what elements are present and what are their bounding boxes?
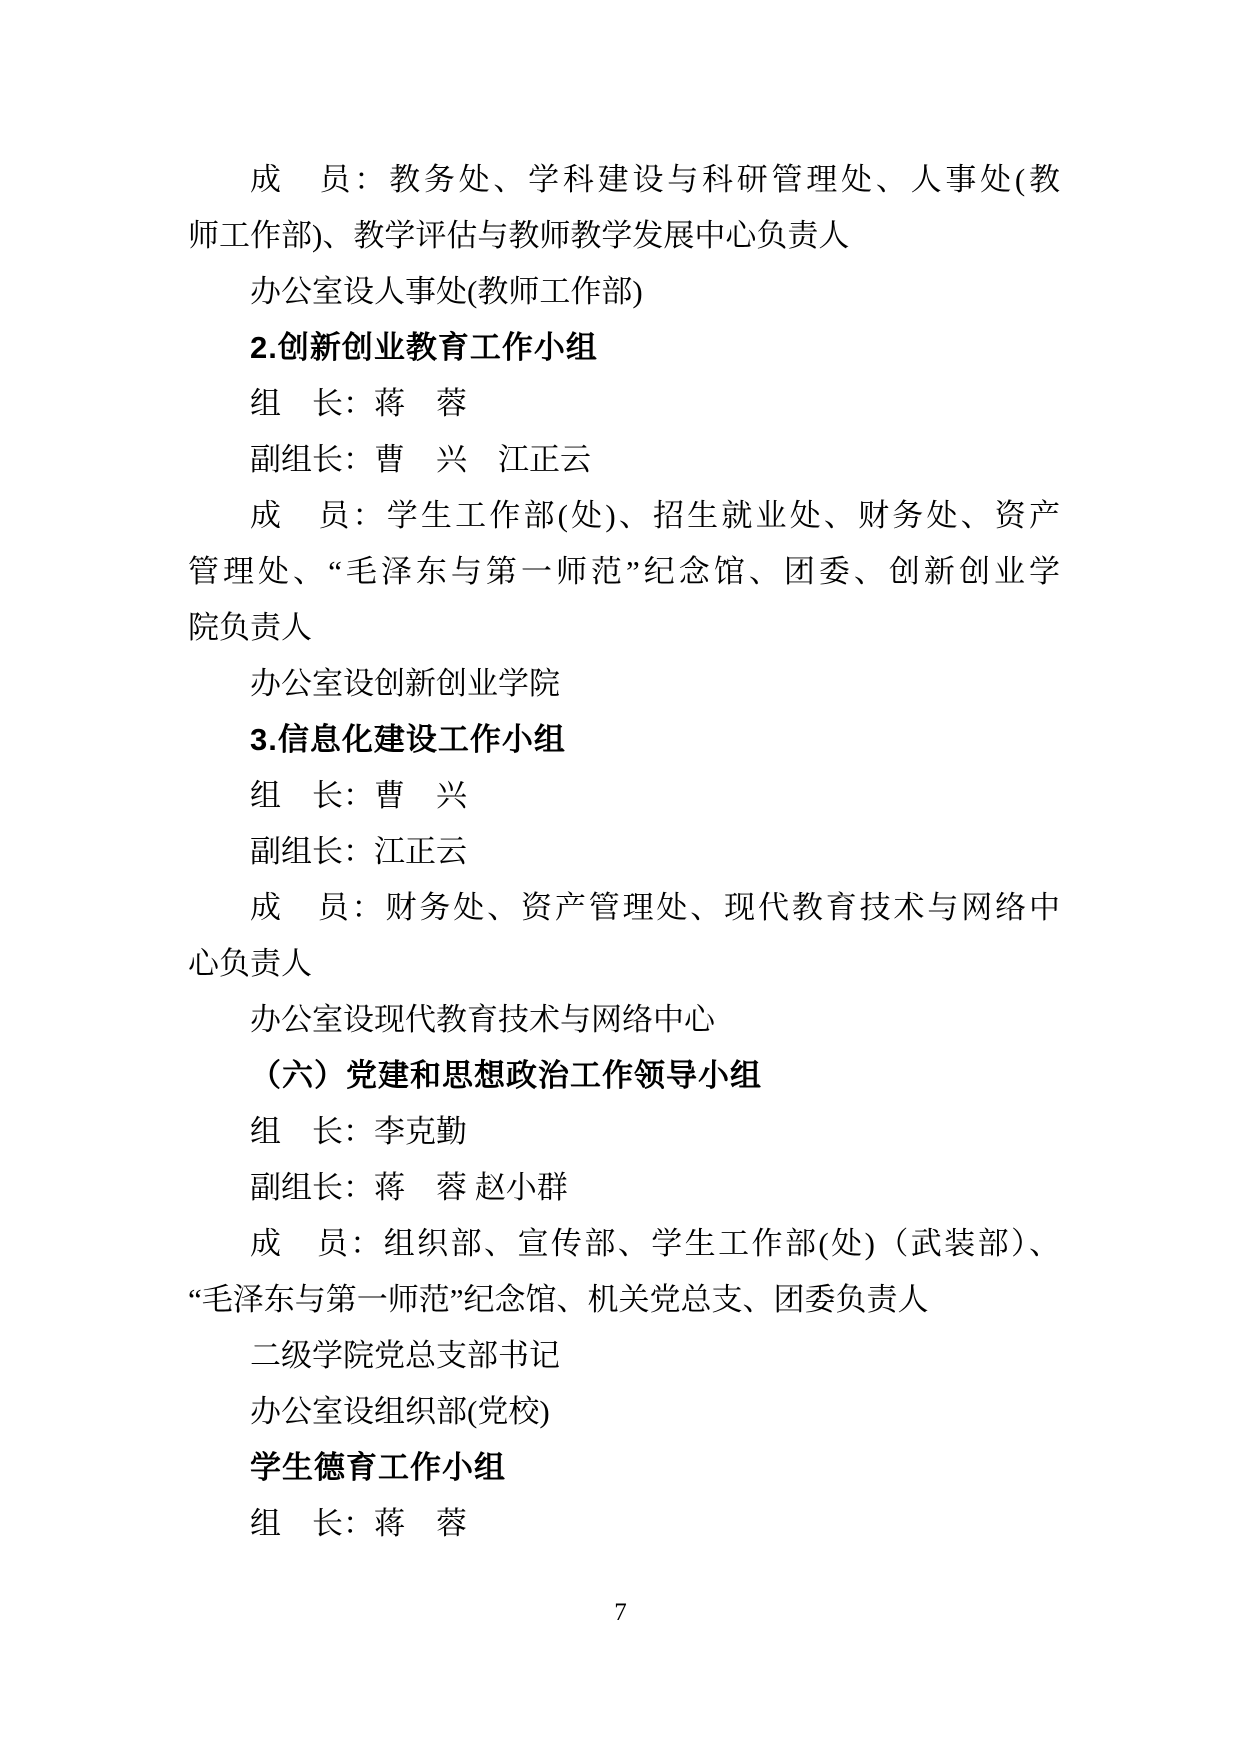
line-members-section6-b: “毛泽东与第一师范”纪念馆、机关党总支、团委负责人 <box>188 1272 1060 1328</box>
line-leader-moral-group: 组 长：蒋 蓉 <box>188 1496 1060 1552</box>
line-members-group1-b: 师工作部)、教学评估与教师教学发展中心负责人 <box>188 208 1060 264</box>
line-leader-group2: 组 长：蒋 蓉 <box>188 376 1060 432</box>
document-page: 成 员：教务处、学科建设与科研管理处、人事处(教 师工作部)、教学评估与教师教学… <box>0 0 1241 1755</box>
line-office-section6: 办公室设组织部(党校) <box>188 1384 1060 1440</box>
document-body: 成 员：教务处、学科建设与科研管理处、人事处(教 师工作部)、教学评估与教师教学… <box>188 152 1060 1552</box>
heading-student-moral-education-group: 学生德育工作小组 <box>188 1440 1060 1496</box>
line-office-group2: 办公室设创新创业学院 <box>188 656 1060 712</box>
line-deputy-group2: 副组长：曹 兴 江正云 <box>188 432 1060 488</box>
line-members-group3-b: 心负责人 <box>188 936 1060 992</box>
line-members-group3-a: 成 员：财务处、资产管理处、现代教育技术与网络中 <box>188 880 1060 936</box>
line-members-group2-a: 成 员：学生工作部(处)、招生就业处、财务处、资产 <box>188 488 1060 544</box>
line-members-group1-a: 成 员：教务处、学科建设与科研管理处、人事处(教 <box>188 152 1060 208</box>
line-members-section6-a: 成 员：组织部、宣传部、学生工作部(处)（武装部）、 <box>188 1216 1060 1272</box>
line-office-group1: 办公室设人事处(教师工作部) <box>188 264 1060 320</box>
line-members-group2-b: 管理处、“毛泽东与第一师范”纪念馆、团委、创新创业学 <box>188 544 1060 600</box>
line-deputy-group3: 副组长：江正云 <box>188 824 1060 880</box>
line-deputy-section6: 副组长：蒋 蓉 赵小群 <box>188 1160 1060 1216</box>
heading-group-2: 2.创新创业教育工作小组 <box>188 320 1060 376</box>
line-secretaries-section6: 二级学院党总支部书记 <box>188 1328 1060 1384</box>
line-leader-group3: 组 长：曹 兴 <box>188 768 1060 824</box>
line-leader-section6: 组 长：李克勤 <box>188 1104 1060 1160</box>
page-number: 7 <box>0 1598 1241 1628</box>
heading-group-3: 3.信息化建设工作小组 <box>188 712 1060 768</box>
heading-section-6: （六）党建和思想政治工作领导小组 <box>188 1048 1060 1104</box>
line-office-group3: 办公室设现代教育技术与网络中心 <box>188 992 1060 1048</box>
line-members-group2-c: 院负责人 <box>188 600 1060 656</box>
